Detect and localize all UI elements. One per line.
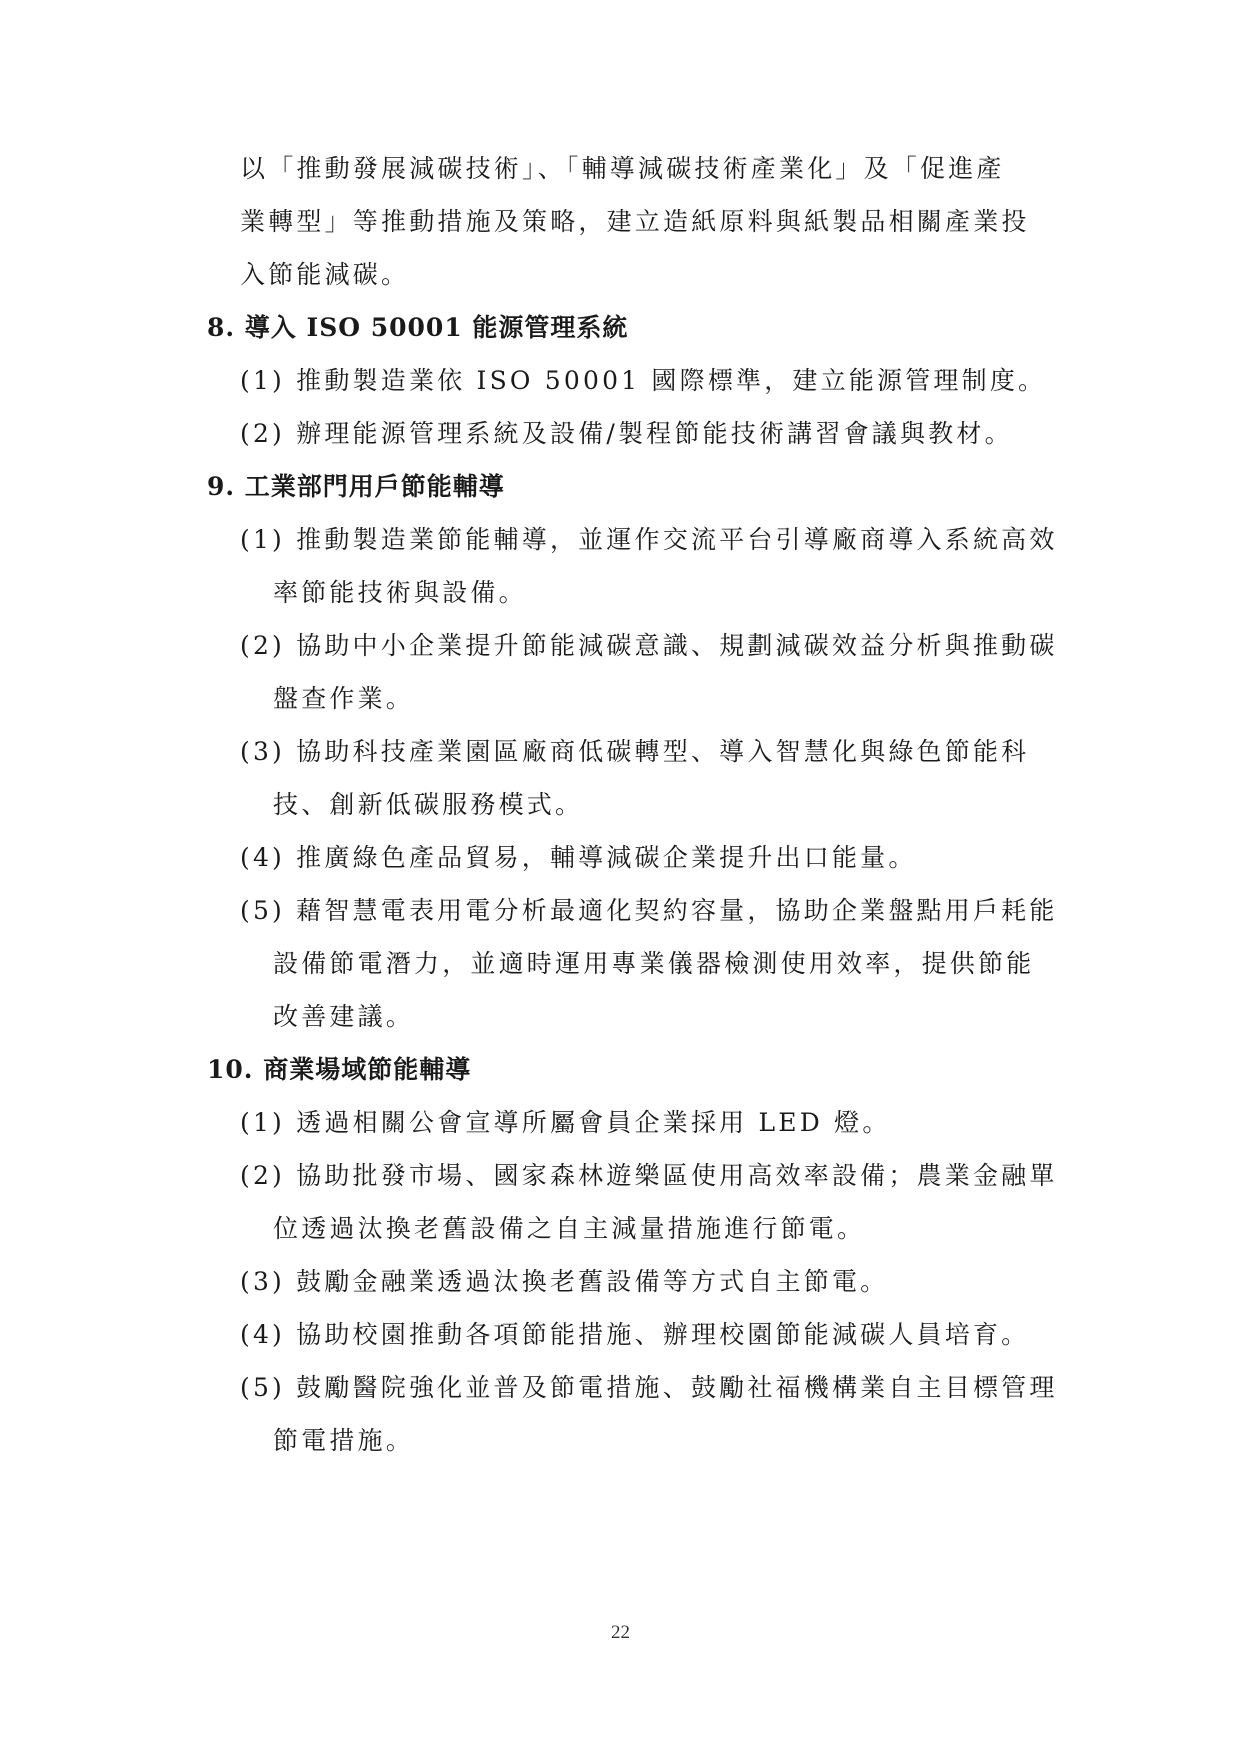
section-10-item-1: (1) 透過相關公會宣導所屬會員企業採用 LED 燈。 — [240, 1108, 891, 1138]
section-9-item-1: (1) 推動製造業節能輔導，並運作交流平台引導廠商導入系統高效 — [240, 525, 1058, 555]
section-9-item-2-cont: 盤查作業。 — [273, 684, 414, 714]
section-10-item-5-cont: 節電措施。 — [273, 1426, 414, 1456]
document-page: 以「推動發展減碳技術」、「輔導減碳技術產業化」及「促進產 業轉型」等推動措施及策… — [0, 0, 1241, 1754]
intro-line-3: 入節能減碳。 — [240, 260, 409, 290]
section-8-item-1: (1) 推動製造業依 ISO 50001 國際標準，建立能源管理制度。 — [240, 366, 1046, 396]
section-9-item-4: (4) 推廣綠色產品貿易，輔導減碳企業提升出口能量。 — [240, 843, 917, 873]
section-8-heading: 8. 導入 ISO 50001 能源管理系統 — [207, 313, 628, 343]
section-9-item-5-cont-2: 改善建議。 — [273, 1002, 414, 1032]
section-10-item-4: (4) 協助校園推動各項節能措施、辦理校園節能減碳人員培育。 — [240, 1320, 1029, 1350]
section-10-item-2: (2) 協助批發市場、國家森林遊樂區使用高效率設備；農業金融單 — [240, 1161, 1058, 1191]
section-9-item-3-cont: 技、創新低碳服務模式。 — [273, 790, 583, 820]
section-9-item-5: (5) 藉智慧電表用電分析最適化契約容量，協助企業盤點用戶耗能 — [240, 896, 1058, 926]
section-9-heading: 9. 工業部門用戶節能輔導 — [207, 472, 505, 502]
section-10-item-2-cont: 位透過汰換老舊設備之自主減量措施進行節電。 — [273, 1214, 865, 1244]
section-9-item-2: (2) 協助中小企業提升節能減碳意識、規劃減碳效益分析與推動碳 — [240, 631, 1058, 661]
intro-line-1: 以「推動發展減碳技術」、「輔導減碳技術產業化」及「促進產 — [240, 154, 1005, 184]
section-10-item-5: (5) 鼓勵醫院強化並普及節電措施、鼓勵社福機構業自主目標管理 — [240, 1373, 1058, 1403]
section-9-item-3: (3) 協助科技產業園區廠商低碳轉型、導入智慧化與綠色節能科 — [240, 737, 1029, 767]
page-number: 22 — [0, 1622, 1241, 1644]
section-8-item-2: (2) 辦理能源管理系統及設備/製程節能技術講習會議與教材。 — [240, 419, 1013, 449]
section-10-item-3: (3) 鼓勵金融業透過汰換老舊設備等方式自主節電。 — [240, 1267, 888, 1297]
section-10-heading: 10. 商業場域節能輔導 — [207, 1055, 471, 1085]
intro-line-2: 業轉型」等推動措施及策略，建立造紙原料與紙製品相關產業投 — [240, 207, 1030, 237]
section-9-item-1-cont: 率節能技術與設備。 — [273, 578, 527, 608]
section-9-item-5-cont-1: 設備節電潛力，並適時運用專業儀器檢測使用效率，提供節能 — [273, 949, 1034, 979]
